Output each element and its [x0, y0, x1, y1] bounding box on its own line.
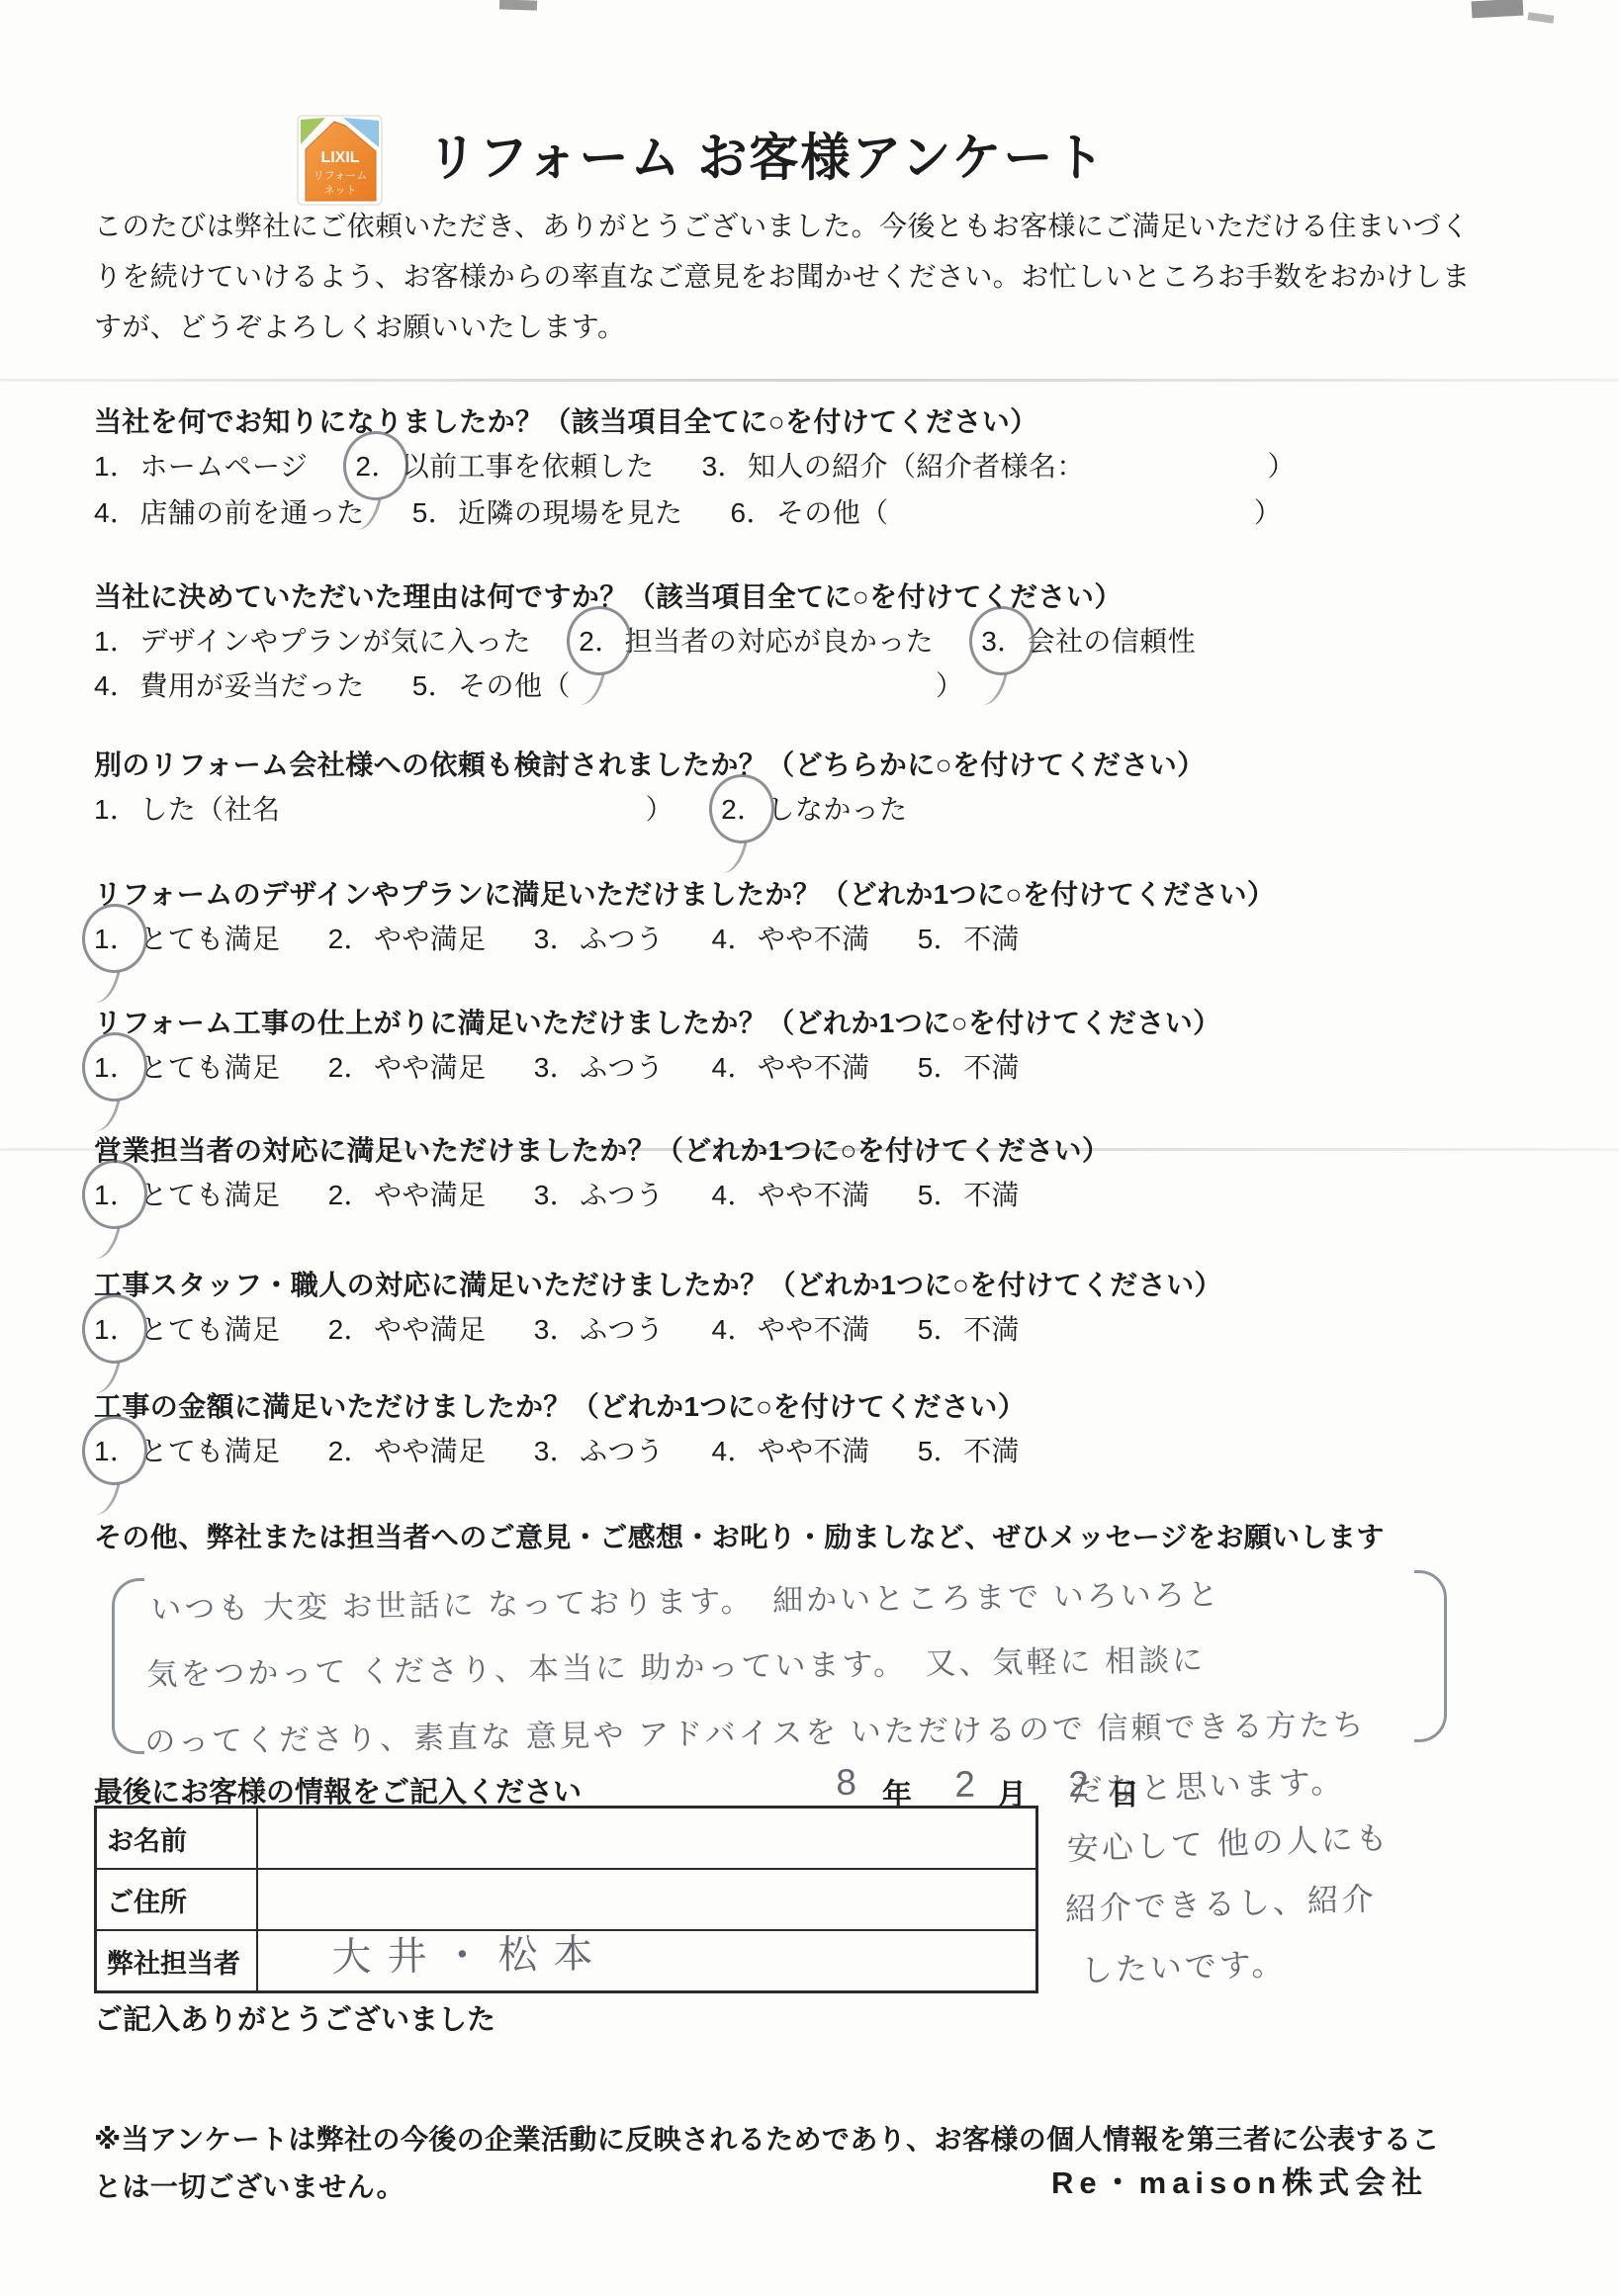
- option-number-circled: 3．: [981, 620, 1025, 660]
- company-name: Re・maison株式会社: [1051, 2158, 1428, 2202]
- option: 2．やや満足: [328, 1308, 487, 1348]
- option: 3．ふつう: [534, 1174, 665, 1213]
- option: 4．費用が妥当だった: [94, 664, 365, 704]
- option-number: 5．: [412, 491, 456, 531]
- option-number: 4．: [712, 918, 756, 957]
- option-number: 5．: [412, 664, 456, 704]
- option-number-circled: 2．: [721, 788, 765, 828]
- option-label: した（社名 ）: [139, 794, 674, 825]
- option-label: とても満足: [139, 1314, 280, 1345]
- row-label-address: ご住所: [96, 1869, 258, 1930]
- option-number: 2．: [328, 1174, 372, 1213]
- question-3-options: 1．した（社名 ） 2．しなかった: [94, 788, 947, 828]
- row-value-name: [257, 1808, 1037, 1870]
- handwritten-bracket-right: [1414, 1570, 1447, 1742]
- scan-smudge: [1528, 12, 1555, 24]
- option-label: やや満足: [374, 1436, 487, 1466]
- option-label: その他（ ）: [458, 670, 963, 701]
- option: 1．デザインやプランが気に入った: [94, 620, 531, 660]
- option: 2．やや満足: [328, 918, 487, 957]
- option-label: やや満足: [374, 1052, 487, 1083]
- option: 5．不満: [918, 1430, 1020, 1469]
- option: 3．ふつう: [534, 918, 665, 957]
- question-title-3: 別のリフォーム会社様への依頼も検討されましたか？（どちらかに○を付けてください）: [94, 744, 1206, 783]
- option: 1．とても満足: [94, 1308, 280, 1348]
- house-logo-icon: LIXIL リフォーム ネット: [297, 113, 384, 208]
- option-number: 3．: [702, 445, 746, 485]
- option: 1．した（社名 ）: [94, 788, 674, 828]
- option-number: 3．: [534, 1308, 578, 1348]
- question-title-1: 当社を何でお知りになりましたか？（該当項目全てに○を付けてください）: [94, 400, 1038, 440]
- option-number: 2．: [328, 1308, 372, 1348]
- row-label-name: お名前: [96, 1808, 258, 1870]
- option-label: ふつう: [580, 1180, 664, 1210]
- option-label: しなかった: [767, 794, 908, 825]
- option-label: 知人の紹介（紹介者様名： ）: [748, 451, 1296, 482]
- option-number-circled: 1．: [94, 918, 137, 957]
- option: 1．とても満足: [94, 1046, 280, 1086]
- option: 2．以前工事を依頼した: [355, 445, 654, 485]
- option: 5．その他（ ）: [412, 664, 964, 704]
- option: 5．不満: [918, 1174, 1020, 1213]
- option-number: 1．: [94, 445, 137, 485]
- option-label: ふつう: [580, 1436, 664, 1466]
- option-number: 4．: [94, 664, 137, 704]
- option-number-circled: 1．: [94, 1046, 137, 1086]
- option-label: やや満足: [374, 1180, 487, 1210]
- option-number-circled: 1．: [94, 1174, 137, 1213]
- handwritten-message-line: のってくださり、素直な 意見や アドバイスを いただけるので 信頼できる方たち: [144, 1700, 1367, 1761]
- option: 4．やや不満: [712, 918, 870, 957]
- option-number-circled: 2．: [579, 620, 622, 660]
- option-number-circled: 2．: [355, 445, 399, 485]
- scan-smudge: [1472, 0, 1524, 18]
- option-label: ホームページ: [139, 451, 308, 482]
- scan-fold-line: [0, 379, 1619, 382]
- option-number: 3．: [534, 1430, 578, 1469]
- option: 1．とても満足: [94, 918, 280, 957]
- question-1-options-line-1: 1．ホームページ 2．以前工事を依頼した 3．知人の紹介（紹介者様名： ）: [94, 445, 1335, 485]
- option-number: 3．: [534, 1174, 578, 1213]
- table-row: ご住所: [96, 1869, 1037, 1930]
- option-label: 店舗の前を通った: [139, 497, 364, 528]
- scan-smudge: [499, 0, 537, 11]
- option-number: 5．: [918, 1174, 961, 1213]
- option: 3．ふつう: [534, 1308, 665, 1348]
- option-number-circled: 1．: [94, 1430, 137, 1469]
- option-label: ふつう: [580, 924, 664, 954]
- question-5-options: 1．とても満足 2．やや満足 3．ふつう 4．やや不満 5．不満: [94, 1046, 1059, 1086]
- option-label: 担当者の対応が良かった: [625, 626, 934, 657]
- table-row: お名前: [96, 1808, 1037, 1870]
- option-number: 3．: [534, 1046, 578, 1086]
- question-title-8: 工事の金額に満足いただけましたか？（どれか1つに○を付けてください）: [94, 1385, 1026, 1425]
- option-label: とても満足: [139, 1052, 280, 1083]
- option-number: 2．: [328, 1046, 372, 1086]
- option-label: 費用が妥当だった: [139, 670, 364, 701]
- option-label: デザインやプランが気に入った: [139, 626, 531, 657]
- svg-text:リフォーム: リフォーム: [314, 170, 367, 182]
- option-label: 以前工事を依頼した: [402, 451, 655, 482]
- option-number: 4．: [712, 1430, 756, 1469]
- option-label: 近隣の現場を見た: [458, 497, 682, 528]
- option-label: やや満足: [374, 1314, 487, 1345]
- option: 2．やや満足: [328, 1174, 487, 1213]
- option: 2．しなかった: [721, 788, 907, 828]
- handwritten-side-note-line: したいです。: [1080, 1939, 1287, 1991]
- option-number: 4．: [712, 1308, 756, 1348]
- option-number: 5．: [918, 1308, 961, 1348]
- option-number: 5．: [918, 1430, 961, 1469]
- option-number: 4．: [712, 1046, 756, 1086]
- option: 4．やや不満: [712, 1430, 870, 1469]
- option: 3．ふつう: [534, 1046, 665, 1086]
- option-label: とても満足: [139, 1436, 280, 1466]
- option-label: やや不満: [758, 1436, 870, 1466]
- date-day-label: 日: [1110, 1770, 1139, 1813]
- svg-text:LIXIL: LIXIL: [320, 149, 359, 166]
- option: 4．やや不満: [712, 1308, 870, 1348]
- date-day-value-handwritten: 2: [1068, 1764, 1092, 1806]
- option: 2．やや満足: [328, 1046, 487, 1086]
- option: 5．不満: [918, 918, 1020, 957]
- option: 1．とても満足: [94, 1430, 280, 1469]
- option-number: 1．: [94, 788, 137, 828]
- handwritten-message-line: 気をつかって くださり、本当に 助かっています。 又、気軽に 相談に: [146, 1634, 1206, 1694]
- option: 4．店舗の前を通った: [94, 491, 365, 531]
- option: 4．やや不満: [712, 1174, 870, 1213]
- option-label: ふつう: [580, 1052, 664, 1083]
- row-label-staff: 弊社担当者: [96, 1930, 258, 1992]
- option: 1．とても満足: [94, 1174, 280, 1213]
- option-label: とても満足: [139, 1180, 280, 1210]
- question-6-options: 1．とても満足 2．やや満足 3．ふつう 4．やや不満 5．不満: [94, 1174, 1059, 1213]
- date-month-value-handwritten: 2: [954, 1764, 978, 1806]
- option: 4．やや不満: [712, 1046, 870, 1086]
- page-title: リフォーム お客様アンケート: [427, 117, 1106, 191]
- handwritten-message-line: いつも 大変 お世話に なっております。 細かいところまで いろいろと: [150, 1569, 1221, 1629]
- option: 3．会社の信頼性: [981, 620, 1196, 660]
- handwritten-side-note-line: 紹介できるし、紹介: [1064, 1874, 1377, 1930]
- option: 5．不満: [918, 1308, 1020, 1348]
- option-label: 不満: [963, 1180, 1020, 1210]
- option-label: 不満: [963, 924, 1020, 954]
- intro-line: このたびは弊社にご依頼いただき、ありがとうございました。今後ともお客様にご満足い…: [94, 201, 1471, 251]
- option: 6．その他（ ）: [731, 491, 1283, 531]
- date-year-value-handwritten: 8: [836, 1762, 859, 1804]
- option-label: 不満: [963, 1436, 1020, 1466]
- option: 2．やや満足: [328, 1430, 487, 1469]
- option-number: 2．: [328, 1430, 372, 1469]
- privacy-note-line: ※当アンケートは弊社の今後の企業活動に反映されるためであり、お客様の個人情報を第…: [94, 2116, 1440, 2164]
- intro-line: すが、どうぞよろしくお願いいたします。: [94, 302, 1471, 352]
- option-label: とても満足: [139, 924, 280, 954]
- staff-name-handwritten: 大井・松本: [331, 1922, 609, 1983]
- survey-page: LIXIL リフォーム ネット リフォーム お客様アンケート このたびは弊社にご…: [0, 0, 1619, 2296]
- question-2-options-line-2: 4．費用が妥当だった 5．その他（ ）: [94, 664, 1003, 704]
- option: 5．近隣の現場を見た: [412, 491, 683, 531]
- option-label: やや不満: [758, 924, 870, 954]
- option-number: 4．: [712, 1174, 756, 1213]
- option: 1．ホームページ: [94, 445, 308, 485]
- handwritten-side-note-line: 安心して 他の人にも: [1066, 1813, 1391, 1870]
- handwritten-bracket-left: [112, 1578, 144, 1754]
- option-number: 4．: [94, 491, 137, 531]
- question-8-options: 1．とても満足 2．やや満足 3．ふつう 4．やや不満 5．不満: [94, 1430, 1059, 1469]
- option-label: やや不満: [758, 1052, 870, 1083]
- option-number: 5．: [918, 918, 961, 957]
- option-label: やや不満: [758, 1180, 870, 1210]
- question-title-7: 工事スタッフ・職人の対応に満足いただけましたか？（どれか1つに○を付けてください…: [94, 1264, 1222, 1303]
- option-label: 不満: [963, 1052, 1020, 1083]
- option-label: 会社の信頼性: [1028, 626, 1196, 657]
- question-4-options: 1．とても満足 2．やや満足 3．ふつう 4．やや不満 5．不満: [94, 918, 1059, 957]
- intro-line: りを続けていけるよう、お客様からの率直なご意見をお聞かせください。お忙しいところ…: [94, 251, 1471, 302]
- svg-text:ネット: ネット: [324, 184, 357, 197]
- customer-info-title: 最後にお客様の情報をご記入ください: [94, 1770, 582, 1810]
- option: 5．不満: [918, 1046, 1020, 1086]
- question-7-options: 1．とても満足 2．やや満足 3．ふつう 4．やや不満 5．不満: [94, 1308, 1059, 1348]
- option-number: 3．: [534, 918, 578, 957]
- option-number: 6．: [731, 491, 774, 531]
- message-section-title: その他、弊社または担当者へのご意見・ご感想・お叱り・励ましなど、ぜひメッセージを…: [94, 1516, 1385, 1555]
- option: 3．知人の紹介（紹介者様名： ）: [702, 445, 1296, 485]
- row-value-address: [257, 1869, 1037, 1930]
- thanks-text: ご記入ありがとうございました: [94, 1997, 495, 2038]
- option-number: 5．: [918, 1046, 961, 1086]
- intro-text: このたびは弊社にご依頼いただき、ありがとうございました。今後ともお客様にご満足い…: [94, 201, 1471, 352]
- option-label: やや満足: [374, 924, 487, 954]
- option-number: 1．: [94, 620, 137, 660]
- option-number-circled: 1．: [94, 1308, 137, 1348]
- option: 3．ふつう: [534, 1430, 665, 1469]
- option-label: その他（ ）: [776, 497, 1282, 528]
- option-label: 不満: [963, 1314, 1020, 1345]
- option-label: やや不満: [758, 1314, 870, 1345]
- lixil-reform-net-logo: LIXIL リフォーム ネット: [297, 113, 384, 213]
- option-label: ふつう: [580, 1314, 664, 1345]
- question-1-options-line-2: 4．店舗の前を通った 5．近隣の現場を見た 6．その他（ ）: [94, 491, 1321, 531]
- option-number: 2．: [328, 918, 372, 957]
- question-2-options-line-1: 1．デザインやプランが気に入った 2．担当者の対応が良かった 3．会社の信頼性: [94, 620, 1235, 660]
- question-title-4: リフォームのデザインやプランに満足いただけましたか？（どれか1つに○を付けてくだ…: [94, 873, 1275, 913]
- question-title-6: 営業担当者の対応に満足いただけましたか？（どれか1つに○を付けてください）: [94, 1129, 1110, 1169]
- question-title-5: リフォーム工事の仕上がりに満足いただけましたか？（どれか1つに○を付けてください…: [94, 1002, 1221, 1041]
- option: 2．担当者の対応が良かった: [579, 620, 934, 660]
